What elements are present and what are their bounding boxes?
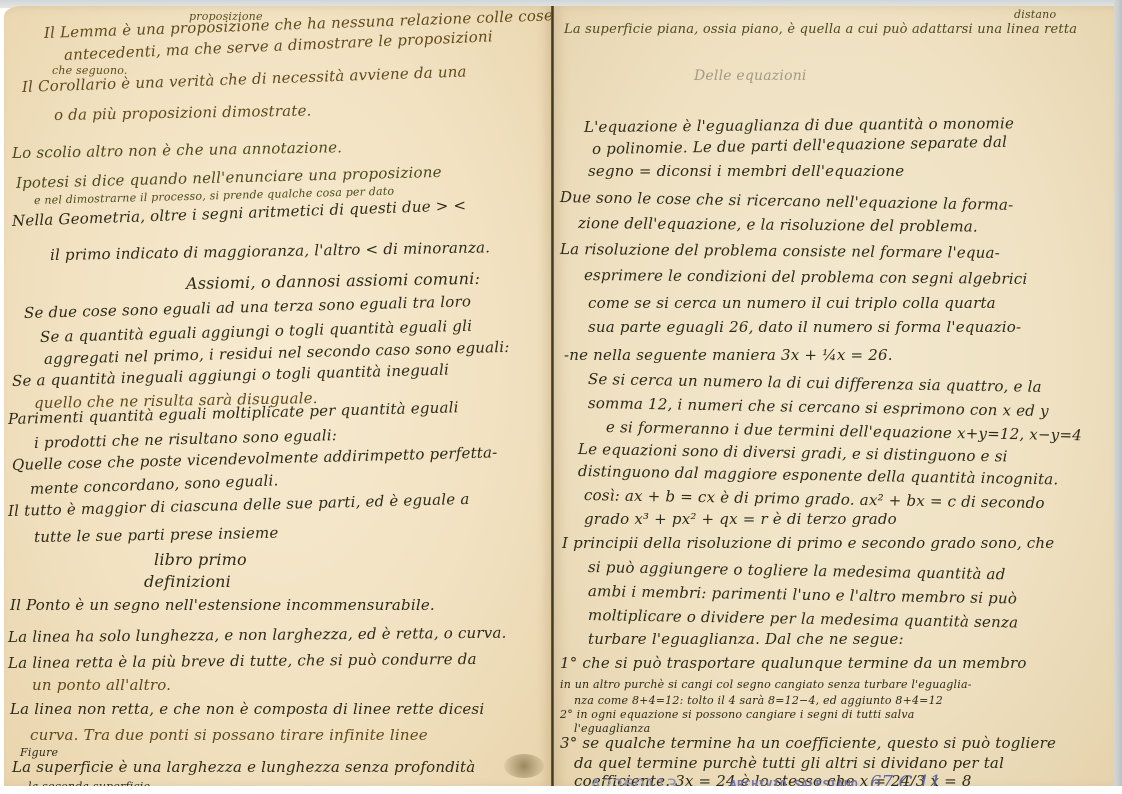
line: La linea retta è la più breve di tutte, … [8,650,477,672]
scan-bottom-edge [0,786,1122,794]
line: -ne nella seguente maniera 3x + ¼x = 26. [564,346,893,364]
line: zione dell'equazione, e la risoluzione d… [578,214,978,235]
line: un ponto all'altro. [32,676,171,694]
line: 2° in ogni equazione si possono cangiare… [560,708,915,721]
section-heading-definizioni: definizioni [144,572,231,591]
line: nza come 8+4=12: tolto il 4 sarà 8=12−4,… [574,694,943,707]
line: in un altro purchè si cangi col segno ca… [560,678,972,691]
line: da quel termine purchè tutti gli altri s… [574,754,1004,772]
line: così: ax + b = cx è di primo grado. ax² … [584,486,1045,512]
line: ambi i membri: parimenti l'uno e l'altro… [588,582,1017,607]
line: La risoluzione del problema consiste nel… [560,240,1000,262]
line: distinguono dal maggiore esponente della… [578,462,1059,488]
line: si può aggiungere o togliere la medesima… [588,558,1006,583]
line: e si formeranno i due termini dell'equaz… [606,418,1082,444]
line: L'equazione è l'eguaglianza di due quant… [584,114,1014,136]
line: Se si cerca un numero la di cui differen… [588,370,1042,396]
line: La linea ha solo lunghezza, e non larghe… [8,624,507,646]
line: La superficie è una larghezza e lunghezz… [12,758,475,776]
line: somma 12, i numeri che si cercano si esp… [588,394,1049,420]
section-heading-delle-equazioni: Delle equazioni [694,68,807,84]
line: I principii della risoluzione di primo e… [562,534,1054,552]
ink-stain [504,754,544,778]
line: turbare l'eguaglianza. Dal che ne segue: [588,630,904,648]
line: come se si cerca un numero il cui triplo… [588,294,996,312]
line: il primo indicato di maggioranza, l'altr… [50,238,490,264]
line: 3° se qualche termine ha un coefficiente… [560,734,1056,752]
section-heading-libro-primo: libro primo [154,550,247,569]
line: o polinomie. Le due parti dell'equazione… [592,133,1007,158]
line: 1° che si può trasportare qualunque term… [560,654,1027,672]
line: Le equazioni sono di diversi gradi, e si… [578,440,1008,465]
line: sua parte eguagli 26, dato il numero si … [588,318,1021,336]
line: segno = diconsi i membri dell'equazione [588,162,904,180]
line: La superficie piana, ossia piano, è quel… [564,22,1077,37]
manuscript-spread: proposizione Il Lemma è una proposizione… [0,0,1122,794]
margin-note-distano: distano [1014,8,1056,21]
line: La linea non retta, e che non è composta… [10,700,484,718]
line: moltiplicare o dividere per la medesima … [588,606,1018,632]
line: esprimere le condizioni del problema con… [584,266,1028,288]
left-page: proposizione Il Lemma è una proposizione… [4,6,552,788]
line: mente concordano, sono eguali. [30,471,279,498]
line: Lo scolio altro non è che una annotazion… [12,138,342,162]
line: Il Ponto è un segno nell'estensione inco… [10,596,435,614]
line: Due sono le cose che si ricercano nell'e… [560,188,1014,214]
scan-right-edge [1114,0,1122,794]
section-heading-assiomi: Assiomi, o dannosi assiomi comuni: [186,269,480,293]
line: o da più proposizioni dimostrate. [54,102,312,124]
line: curva. Tra due ponti si possano tirare i… [30,726,428,744]
right-page: distano La superficie piana, ossia piano… [554,6,1114,788]
line: che seguono. [52,64,128,77]
line: tutte le sue parti prese insieme [34,524,279,546]
line: grado x³ + px² + qx = r è di terzo grado [584,510,897,528]
